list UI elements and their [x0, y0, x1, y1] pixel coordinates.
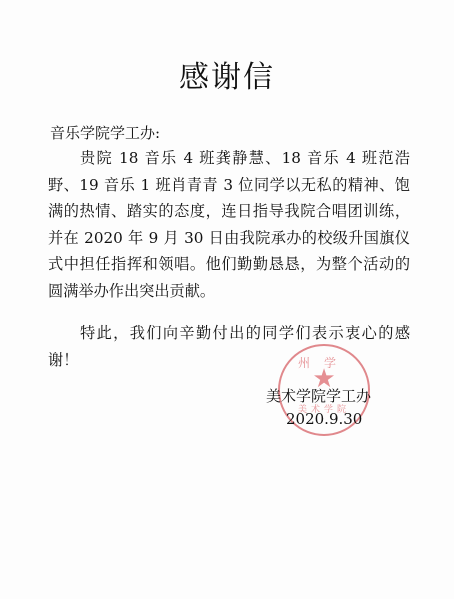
salutation: 音乐学院学工办:	[50, 122, 160, 143]
letter-title: 感谢信	[0, 52, 454, 96]
body-paragraph-1: 贵院 18 音乐 4 班龚静慧、18 音乐 4 班范浩野、19 音乐 1 班肖青…	[48, 145, 410, 304]
signature-date: 2020.9.30	[286, 410, 362, 428]
signature: 美术学院学工办	[266, 385, 371, 406]
